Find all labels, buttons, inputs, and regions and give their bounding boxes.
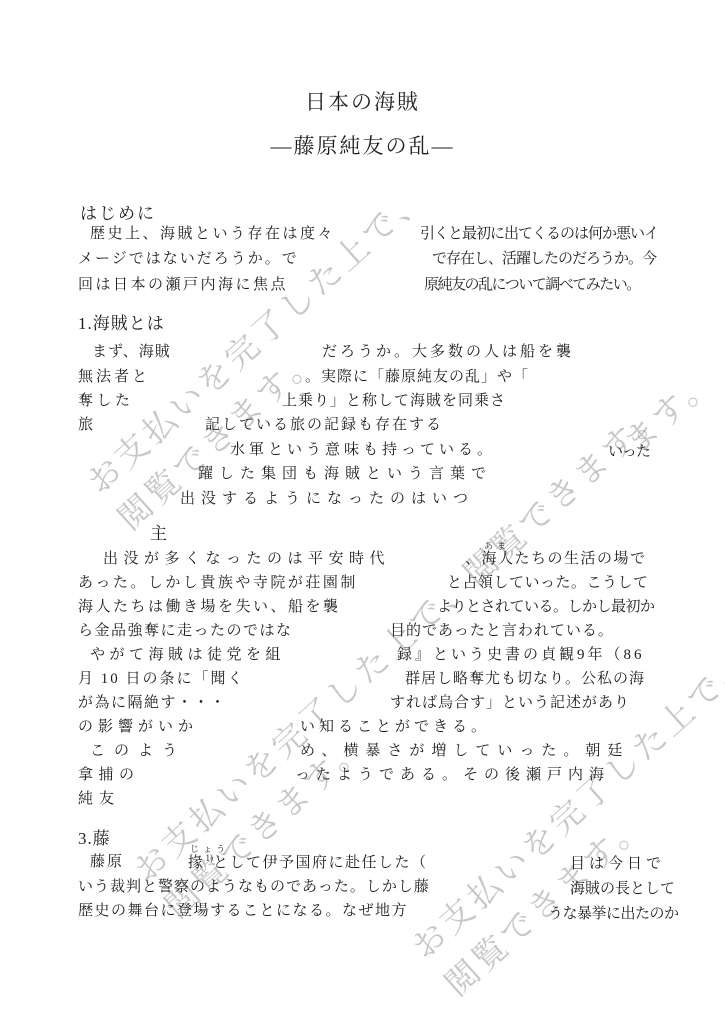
text-fragment: 藤原	[90, 853, 124, 872]
text-fragment: が為に隔絶す・・・	[78, 694, 227, 713]
text-fragment: 引くと最初に出てくるのは何か悪いイ	[420, 225, 658, 244]
text-fragment: 群居し略奪尤も切なり。公私の海	[405, 670, 645, 689]
text-fragment: 掾1)として伊予国府に赴任した（	[188, 853, 428, 873]
section-heading: 主	[150, 523, 168, 544]
text-fragment: 躍した集団も海賊という言葉で	[198, 465, 492, 484]
text-fragment: 奪した	[78, 392, 134, 411]
text-fragment: ったようである。その後瀬戸内海	[295, 766, 610, 785]
text-fragment: 海人たちは働き場を失い、船を襲	[78, 598, 341, 617]
text-fragment: このよう	[90, 742, 186, 761]
document-title: 日本の海賊	[0, 86, 725, 116]
text-fragment: 拿捕の	[78, 766, 140, 785]
text-fragment: 目は今日で	[570, 855, 665, 874]
text-fragment: 上乗り」と称して海賊を同乗さ	[282, 392, 506, 411]
text-fragment: 、海人たちの生活の場で	[465, 550, 647, 569]
text-fragment: 。実際に「藤原純友の乱」や「	[305, 368, 529, 387]
text-fragment: 海賊の長として	[570, 880, 675, 899]
footnote-marker: 1)	[206, 853, 214, 863]
text-fragment: まず、海賊	[92, 343, 171, 362]
text-fragment: い知ることができる。	[300, 718, 490, 737]
text-fragment: 水軍という意味も持っている。	[230, 441, 496, 460]
text-fragment: 無法者と	[78, 368, 150, 387]
text-fragment: 回は日本の瀬戸内海に焦点	[78, 276, 288, 295]
text-fragment: 旅	[78, 416, 94, 435]
section-heading: 1.海賊とは	[78, 313, 165, 334]
text-fragment: で存在し、活躍したのだろうか。今	[432, 250, 656, 269]
text-fragment: うな暴挙に出たのか	[548, 905, 679, 924]
text-fragment: やがて海賊は徒党を組	[90, 646, 285, 665]
text-fragment: の影響がいか	[78, 718, 198, 737]
text-fragment: と占領していった。こうして	[447, 574, 649, 593]
section-heading: 3.藤	[78, 828, 111, 849]
text-fragment: ら金品強奪に走ったのではな	[78, 622, 293, 641]
text-fragment: すれば烏合す」という記述があり	[390, 694, 630, 713]
text-fragment: 出没するようになったのはいつ	[180, 490, 474, 509]
text-fragment: いった	[608, 443, 650, 462]
document-subtitle: ―藤原純友の乱―	[0, 130, 725, 160]
text-fragment: 出没が多くなったのは平安時代	[103, 550, 390, 569]
text-fragment: 純友	[78, 790, 120, 809]
text-fragment: め、横暴さが増していった。朝廷	[300, 742, 629, 761]
text-fragment: メージではないだろうか。で	[78, 250, 299, 269]
text-fragment: よりとされている。しかし最初か	[437, 598, 655, 617]
section-heading: はじめに	[80, 203, 156, 224]
text-fragment: だろうか。大多数の人は船を襲	[322, 343, 574, 362]
text-fragment: 原純友の乱について調べてみたい。	[424, 276, 640, 295]
text-fragment: 記している旅の記録も存在する	[205, 416, 443, 435]
text-fragment: 歴史上、海賊という存在は度々	[90, 225, 335, 244]
text-fragment: 録』という史書の貞観9年（86	[397, 646, 645, 665]
document-page: 日本の海賊 ―藤原純友の乱― お支払いを完了した上で、閲覧できます。お支払いを完…	[0, 0, 725, 1024]
text-fragment: 目的であったと言われている。	[390, 622, 614, 641]
text-fragment: あった。しかし貴族や寺院が荘園制	[78, 574, 358, 593]
text-fragment: 歴史の舞台に登場することになる。なぜ地方	[78, 902, 408, 921]
text-fragment: 月 10 日の条に「聞く	[78, 670, 245, 689]
text-fragment: いう裁判と警察のようなものであった。しかし藤	[78, 878, 430, 897]
